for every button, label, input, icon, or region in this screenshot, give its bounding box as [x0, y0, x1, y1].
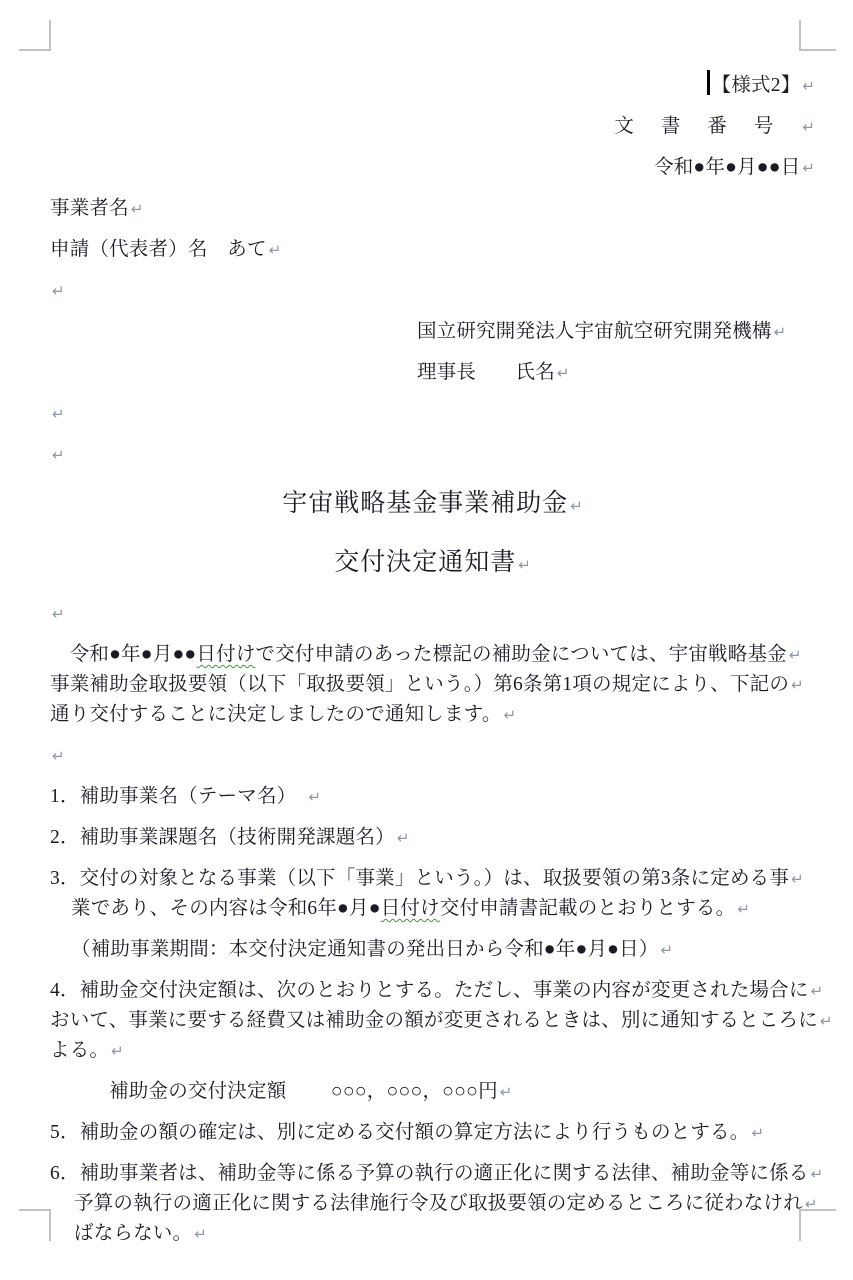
grammar-check-underline: 日付け — [196, 644, 255, 665]
paragraph-mark-icon: ↵ — [557, 364, 570, 382]
text-run: ばならない。 — [74, 1223, 192, 1244]
crop-mark-top-right — [799, 49, 836, 51]
text-run: 申請（代表者）名 あて — [50, 239, 267, 260]
form-number-label[interactable]: 【様式2】↵ — [50, 70, 815, 101]
paragraph-mark-icon: ↵ — [791, 870, 804, 888]
paragraph-mark-icon: ↵ — [570, 497, 583, 515]
text-run: 事業補助金取扱要領（以下「取扱要領」という。）第6条第1項の規定により、下記の — [50, 674, 789, 695]
document-title-line-2[interactable]: 交付決定通知書↵ — [50, 540, 815, 588]
item-3-line-1[interactable]: 3．交付の対象となる事業（以下「事業」という。）は、取扱要領の第3条に定める事↵ — [50, 864, 815, 894]
paragraph-mark-icon: ↵ — [504, 706, 517, 724]
item-4-line-2[interactable]: おいて、事業に要する経費又は補助金の額が変更されるときは、別に通知するところに↵ — [50, 1006, 815, 1036]
empty-line[interactable]: ↵ — [50, 599, 815, 629]
addressee-business-name[interactable]: 事業者名↵ — [50, 194, 815, 224]
empty-line[interactable]: ↵ — [50, 440, 815, 470]
paragraph-mark-icon: ↵ — [131, 200, 144, 218]
paragraph-mark-icon: ↵ — [774, 323, 787, 341]
sender-president-name[interactable]: 理事長 氏名↵ — [50, 358, 815, 388]
document-page[interactable]: 【様式2】↵文書番号↵令和●年●月●●日↵事業者名↵申請（代表者）名 あて↵↵国… — [0, 0, 853, 1280]
text-run: 業であり、その内容は令和6年●月● — [71, 898, 381, 919]
paragraph-mark-icon: ↵ — [661, 941, 674, 959]
paragraph-mark-icon: ↵ — [518, 556, 531, 574]
paragraph-mark-icon: ↵ — [111, 1042, 124, 1060]
text-run: よる。 — [50, 1040, 109, 1061]
addressee-representative[interactable]: 申請（代表者）名 あて↵ — [50, 235, 815, 265]
doc-number-label[interactable]: 文書番号↵ — [50, 112, 815, 142]
crop-mark-top-right — [799, 20, 801, 51]
text-run: 2．補助事業課題名（技術開発課題名） — [50, 827, 395, 848]
item-6-line-3[interactable]: ばならない。↵ — [50, 1219, 815, 1249]
text-run: 令和●年●月●● — [50, 644, 196, 665]
text-run: 令和●年●月●●日 — [654, 157, 800, 178]
text-run: 宇宙戦略基金事業補助金 — [282, 490, 568, 517]
item-4-line-1[interactable]: 4．補助金交付決定額は、次のとおりとする。ただし、事業の内容が変更された場合に↵ — [50, 976, 815, 1006]
text-run: 6．補助事業者は、補助金等に係る予算の執行の適正化に関する法律、補助金等に係る — [50, 1163, 809, 1184]
paragraph-mark-icon: ↵ — [802, 77, 815, 95]
paragraph-mark-icon: ↵ — [820, 1012, 833, 1030]
document-text-area[interactable]: 【様式2】↵文書番号↵令和●年●月●●日↵事業者名↵申請（代表者）名 あて↵↵国… — [50, 70, 815, 1260]
paragraph-mark-icon: ↵ — [811, 1165, 824, 1183]
empty-line[interactable]: ↵ — [50, 399, 815, 429]
paragraph-mark-icon: ↵ — [194, 1225, 207, 1243]
date-line[interactable]: 令和●年●月●●日↵ — [50, 153, 815, 183]
text-run: で交付申請のあった標記の補助金については、宇宙戦略基金 — [256, 644, 787, 665]
text-run: 理事長 氏名 — [417, 362, 555, 383]
paragraph-mark-icon: ↵ — [52, 605, 65, 623]
text-run: （補助事業期間：本交付決定通知書の発出日から令和●年●月●日） — [71, 939, 659, 960]
paragraph-mark-icon: ↵ — [751, 1124, 764, 1142]
text-run: 国立研究開発法人宇宙航空研究開発機構 — [417, 321, 772, 342]
sender-organization[interactable]: 国立研究開発法人宇宙航空研究開発機構↵ — [50, 317, 815, 347]
item-6-line-1[interactable]: 6．補助事業者は、補助金等に係る予算の執行の適正化に関する法律、補助金等に係る↵ — [50, 1159, 815, 1189]
paragraph-mark-icon: ↵ — [500, 1083, 513, 1101]
paragraph-mark-icon: ↵ — [269, 241, 282, 259]
paragraph-mark-icon: ↵ — [52, 405, 65, 423]
paragraph-mark-icon: ↵ — [802, 118, 815, 136]
paragraph-mark-icon: ↵ — [52, 446, 65, 464]
empty-line[interactable]: ↵ — [50, 276, 815, 306]
document-title-line-1[interactable]: 宇宙戦略基金事業補助金↵ — [50, 481, 815, 529]
text-run: 文書番号 — [614, 116, 800, 137]
empty-line[interactable]: ↵ — [50, 741, 815, 771]
paragraph-mark-icon: ↵ — [802, 159, 815, 177]
text-run: 【様式2】 — [712, 75, 801, 96]
paragraph-mark-icon: ↵ — [397, 829, 410, 847]
opening-paragraph-line-2[interactable]: 事業補助金取扱要領（以下「取扱要領」という。）第6条第1項の規定により、下記の↵ — [50, 670, 815, 700]
text-run: おいて、事業に要する経費又は補助金の額が変更されるときは、別に通知するところに — [50, 1010, 818, 1031]
text-run: 交付申請書記載のとおりとする。 — [440, 898, 736, 919]
grammar-check-underline: 日付け — [381, 898, 440, 919]
paragraph-mark-icon: ↵ — [737, 900, 750, 918]
item-3-period-note[interactable]: （補助事業期間：本交付決定通知書の発出日から令和●年●月●日）↵ — [50, 935, 815, 965]
paragraph-mark-icon: ↵ — [789, 646, 802, 664]
item-3-line-2[interactable]: 業であり、その内容は令和6年●月●日付け交付申請書記載のとおりとする。↵ — [50, 894, 815, 924]
item-2[interactable]: 2．補助事業課題名（技術開発課題名）↵ — [50, 823, 815, 853]
text-run: 通り交付することに決定しましたので通知します。 — [50, 704, 502, 725]
text-run: 補助金の交付決定額 ○○○，○○○，○○○円 — [50, 1081, 498, 1102]
text-run: 3．交付の対象となる事業（以下「事業」という。）は、取扱要領の第3条に定める事 — [50, 868, 789, 889]
text-run: 交付決定通知書 — [334, 549, 516, 576]
paragraph-mark-icon: ↵ — [811, 982, 824, 1000]
text-run: 予算の執行の適正化に関する法律施行令及び取扱要領の定めるところに従わなけれ — [74, 1193, 803, 1214]
item-6-line-2[interactable]: 予算の執行の適正化に関する法律施行令及び取扱要領の定めるところに従わなけれ↵ — [50, 1189, 815, 1219]
text-run: 4．補助金交付決定額は、次のとおりとする。ただし、事業の内容が変更された場合に — [50, 980, 809, 1001]
item-4-line-3[interactable]: よる。↵ — [50, 1036, 815, 1066]
paragraph-mark-icon: ↵ — [791, 676, 804, 694]
item-1[interactable]: 1．補助事業名（テーマ名） ↵ — [50, 782, 815, 812]
text-run: 事業者名 — [50, 198, 129, 219]
opening-paragraph-line-1[interactable]: 令和●年●月●●日付けで交付申請のあった標記の補助金については、宇宙戦略基金↵ — [50, 640, 815, 670]
paragraph-mark-icon: ↵ — [805, 1195, 818, 1213]
item-5[interactable]: 5．補助金の額の確定は、別に定める交付額の算定方法により行うものとする。↵ — [50, 1118, 815, 1148]
text-run: 5．補助金の額の確定は、別に定める交付額の算定方法により行うものとする。 — [50, 1122, 749, 1143]
paragraph-mark-icon: ↵ — [52, 282, 65, 300]
crop-mark-bottom-left — [19, 1209, 50, 1211]
grant-amount-line[interactable]: 補助金の交付決定額 ○○○，○○○，○○○円↵ — [50, 1077, 815, 1107]
text-run: 1．補助事業名（テーマ名） — [50, 786, 306, 807]
paragraph-mark-icon: ↵ — [308, 788, 321, 806]
crop-mark-top-left — [19, 49, 50, 51]
paragraph-mark-icon: ↵ — [52, 747, 65, 765]
opening-paragraph-line-3[interactable]: 通り交付することに決定しましたので通知します。↵ — [50, 700, 815, 730]
crop-mark-top-left — [49, 20, 51, 51]
text-cursor — [707, 70, 710, 95]
